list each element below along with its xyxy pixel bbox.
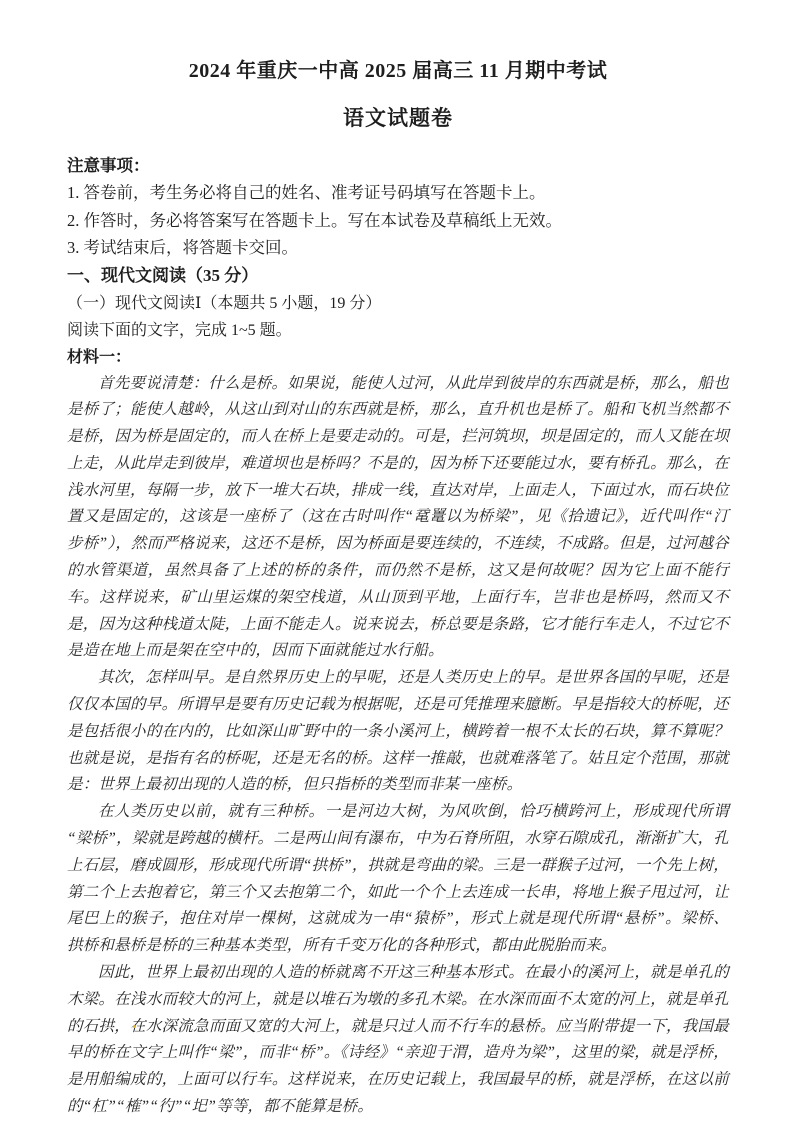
- notice-item-2: 2. 作答时，务必将答案写在答题卡上。写在本试卷及草稿纸上无效。: [67, 207, 729, 235]
- material-paragraph-4: 因此，世界上最初出现的人造的桥就离不开这三种基本形式。在最小的溪河上，就是单孔的…: [67, 960, 729, 1121]
- exam-paper-page: 2024 年重庆一中高 2025 届高三 11 月期中考试 语文试题卷 注意事项…: [0, 0, 793, 1122]
- section-one: 一、现代文阅读（35 分） （一）现代文阅读Ⅰ（本题共 5 小题，19 分） 阅…: [67, 262, 729, 1121]
- material-one-label: 材料一：: [67, 345, 729, 371]
- notice-section: 注意事项： 1. 答卷前，考生务必将自己的姓名、准考证号码填写在答题卡上。 2.…: [67, 152, 729, 262]
- exam-title: 2024 年重庆一中高 2025 届高三 11 月期中考试: [67, 56, 729, 86]
- notice-item-3: 3. 考试结束后，将答题卡交回。: [67, 234, 729, 262]
- material-paragraph-1: 首先要说清楚：什么是桥。如果说，能使人过河，从此岸到彼岸的东西就是桥，那么，船也…: [67, 371, 729, 666]
- reading-instruction: 阅读下面的文字，完成 1~5 题。: [67, 317, 729, 345]
- notice-heading: 注意事项：: [67, 152, 729, 179]
- material-paragraph-3: 在人类历史以前，就有三种桥。一是河边大树，为风吹倒，恰巧横跨河上，形成现代所谓“…: [67, 799, 729, 960]
- paper-subtitle: 语文试题卷: [67, 103, 729, 133]
- scan-artifact-dot: [133, 1025, 136, 1028]
- part-one-heading: （一）现代文阅读Ⅰ（本题共 5 小题，19 分）: [67, 290, 729, 318]
- notice-item-1: 1. 答卷前，考生务必将自己的姓名、准考证号码填写在答题卡上。: [67, 179, 729, 207]
- section-one-heading: 一、现代文阅读（35 分）: [67, 262, 729, 290]
- material-paragraph-2: 其次，怎样叫早。是自然界历史上的早呢，还是人类历史上的早。是世界各国的早呢，还是…: [67, 665, 729, 799]
